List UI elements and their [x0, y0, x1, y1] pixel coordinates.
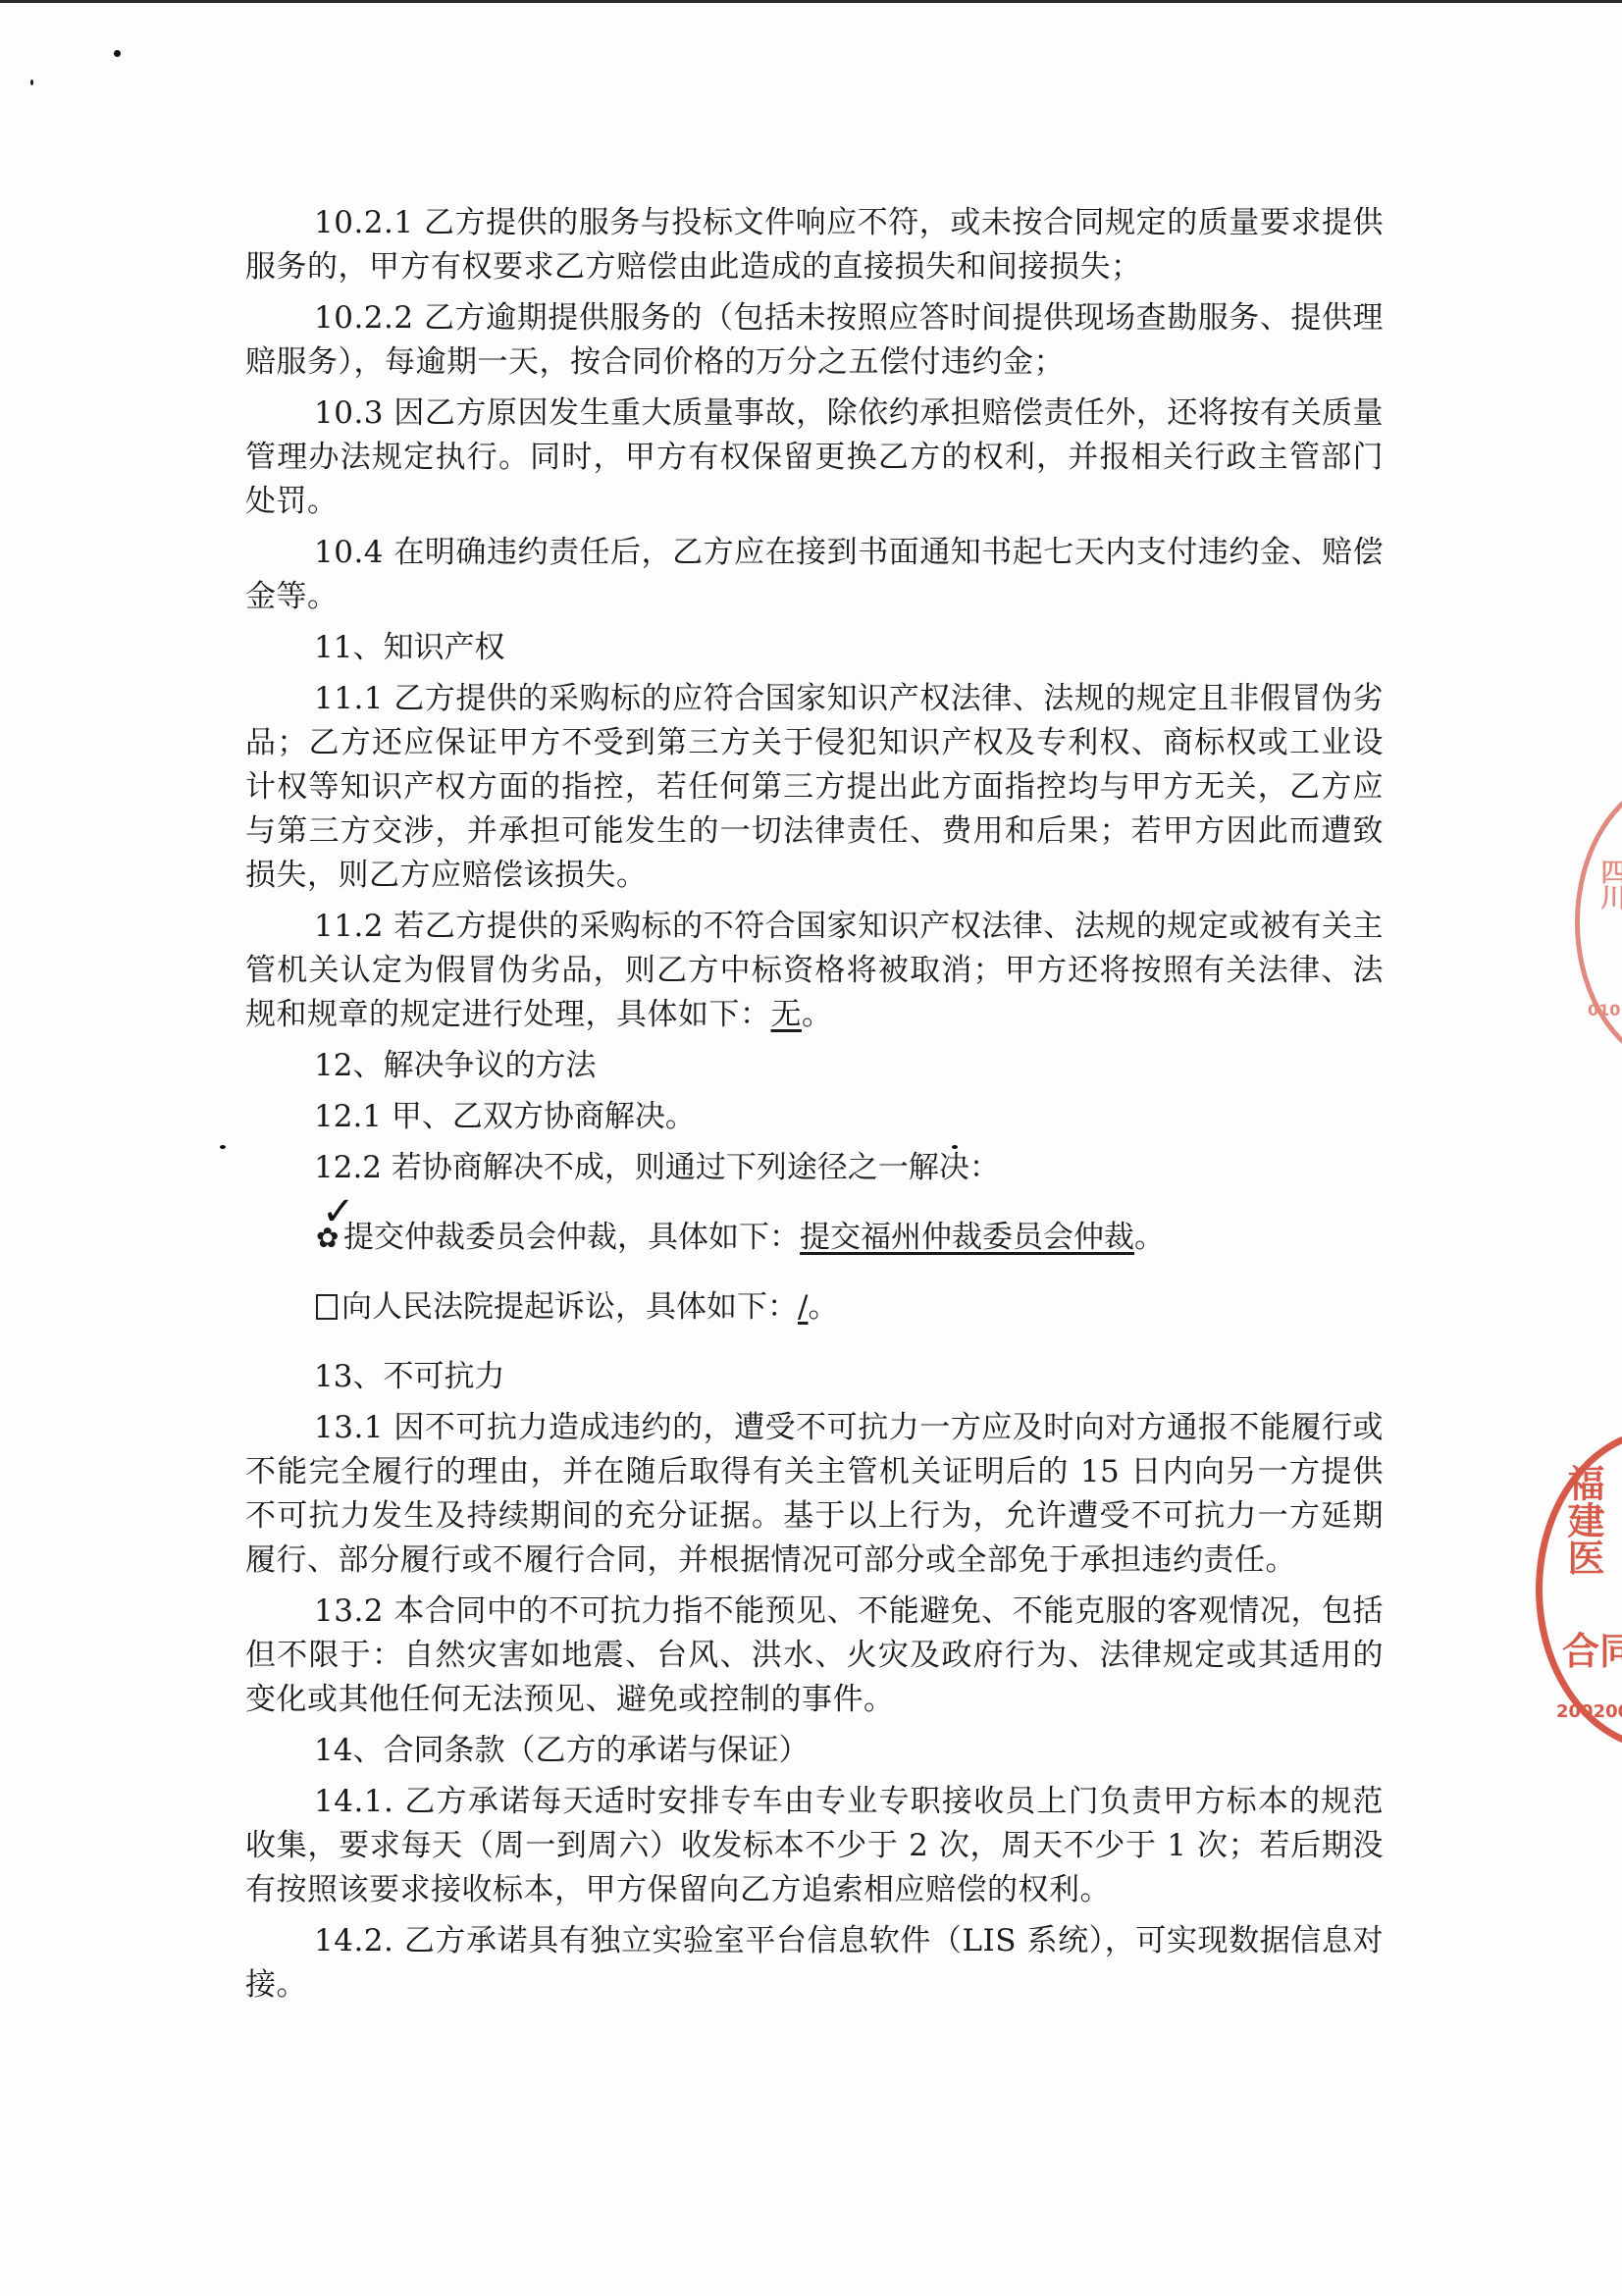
- clause-10-4: 10.4 在明确违约责任后，乙方应在接到书面通知书起七天内支付违约金、赔偿金等。: [245, 531, 1384, 619]
- clause-10-2-1: 10.2.1 乙方提供的服务与投标文件响应不符，或未按合同规定的质量要求提供服务…: [245, 201, 1384, 289]
- company-seal-lower: 福建医 合同专 200200: [1536, 1428, 1622, 1751]
- seal-upper-text: 四川: [1594, 859, 1622, 910]
- company-seal-upper: 四川 010: [1575, 775, 1622, 1070]
- clause-12-1: 12.1 甲、乙双方协商解决。: [245, 1095, 1384, 1139]
- clause-14-2: 14.2. 乙方承诺具有独立实验室平台信息软件（LIS 系统），可实现数据信息对…: [245, 1919, 1384, 2008]
- seal-lower-number: 200200: [1556, 1701, 1622, 1722]
- clause-11-2: 11.2 若乙方提供的采购标的不符合国家知识产权法律、法规的规定或被有关主管机关…: [245, 905, 1384, 1037]
- seal-lower-text-mid: 合同专: [1562, 1621, 1622, 1675]
- scan-speck: [114, 50, 121, 57]
- litigation-filled-value: /: [798, 1289, 808, 1325]
- clause-10-3: 10.3 因乙方原因发生重大质量事故，除依约承担赔偿责任外，还将按有关质量管理办…: [245, 391, 1384, 524]
- seal-upper-number: 010: [1588, 1001, 1620, 1019]
- checked-box-icon[interactable]: ✿✓: [316, 1216, 341, 1260]
- section-11-heading: 11、知识产权: [245, 626, 1384, 670]
- handwritten-check-icon: ✓: [322, 1190, 355, 1234]
- clause-11-2-filled-value: 无: [771, 997, 803, 1032]
- arbitration-filled-value: 提交福州仲裁委员会仲裁: [800, 1220, 1134, 1255]
- section-14-heading: 14、合同条款（乙方的承诺与保证）: [245, 1729, 1384, 1773]
- clause-11-2-suffix: 。: [802, 997, 833, 1032]
- unchecked-box-icon[interactable]: [316, 1294, 338, 1320]
- arbitration-suffix: 。: [1134, 1220, 1165, 1255]
- litigation-suffix: 。: [808, 1289, 838, 1325]
- clause-13-1: 13.1 因不可抗力造成违约的，遭受不可抗力一方应及时向对方通报不能履行或不能完…: [245, 1406, 1384, 1583]
- arbitration-label: 提交仲裁委员会仲裁，具体如下：: [343, 1220, 800, 1255]
- clause-11-1: 11.1 乙方提供的采购标的应符合国家知识产权法律、法规的规定且非假冒伪劣品；乙…: [245, 677, 1384, 898]
- dispute-option-arbitration: ✿✓提交仲裁委员会仲裁，具体如下：提交福州仲裁委员会仲裁。: [316, 1216, 1384, 1260]
- dispute-option-litigation: 向人民法院提起诉讼，具体如下：/。: [316, 1285, 1384, 1330]
- section-12-heading: 12、解决争议的方法: [245, 1044, 1384, 1088]
- clause-10-2-2: 10.2.2 乙方逾期提供服务的（包括未按照应答时间提供现场查勘服务、提供理赔服…: [245, 296, 1384, 385]
- seal-lower-text-top: 福建医: [1556, 1464, 1610, 1576]
- scan-top-edge: [0, 0, 1622, 3]
- scan-speck: [220, 1145, 226, 1149]
- clause-13-2: 13.2 本合同中的不可抗力指不能预见、不能避免、不能克服的客观情况，包括但不限…: [245, 1590, 1384, 1722]
- contract-page: 10.2.1 乙方提供的服务与投标文件响应不符，或未按合同规定的质量要求提供服务…: [245, 201, 1384, 2014]
- section-13-heading: 13、不可抗力: [245, 1355, 1384, 1399]
- litigation-label: 向人民法院提起诉讼，具体如下：: [341, 1289, 798, 1325]
- clause-14-1: 14.1. 乙方承诺每天适时安排专车由专业专职接收员上门负责甲方标本的规范收集，…: [245, 1780, 1384, 1912]
- scan-speck: [30, 79, 33, 85]
- clause-12-2: 12.2 若协商解决不成，则通过下列途径之一解决：: [245, 1146, 1384, 1190]
